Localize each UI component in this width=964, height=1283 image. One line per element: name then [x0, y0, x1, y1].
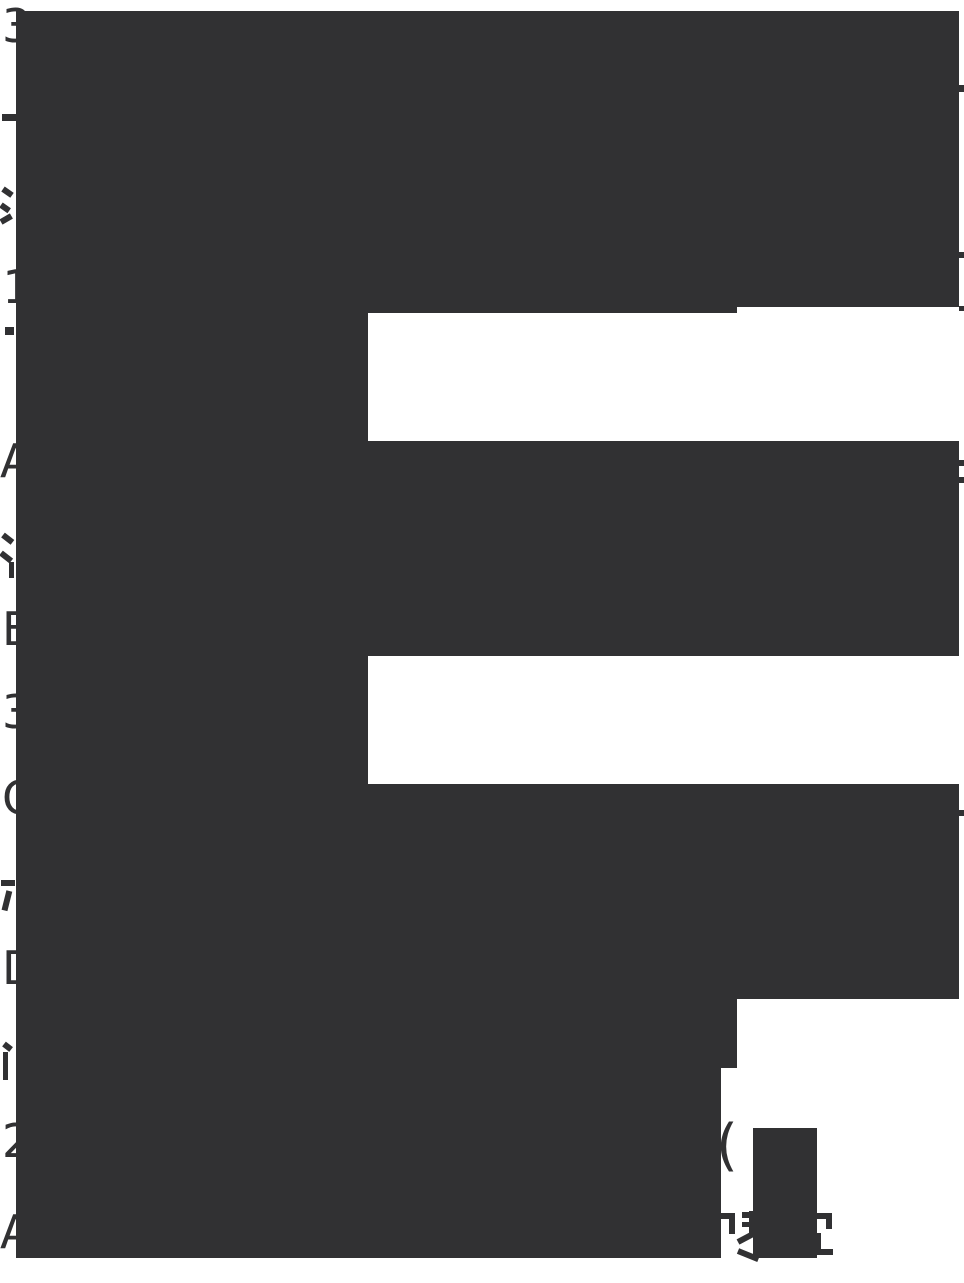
overlay-block-small-rect	[753, 1128, 817, 1258]
overlay-block-bottom-b	[16, 1068, 721, 1258]
overlay-block-bottom-a	[16, 999, 737, 1068]
overlay-block-middle-2	[16, 784, 959, 999]
overlay-block-left-1	[16, 313, 368, 441]
overlay-block-left-2	[16, 656, 368, 784]
document-page: ( 31AB3CD2A	[0, 0, 964, 1283]
overlay-block-top	[16, 11, 959, 307]
overlay-layer	[0, 0, 964, 1283]
overlay-block-middle-1	[16, 441, 959, 656]
